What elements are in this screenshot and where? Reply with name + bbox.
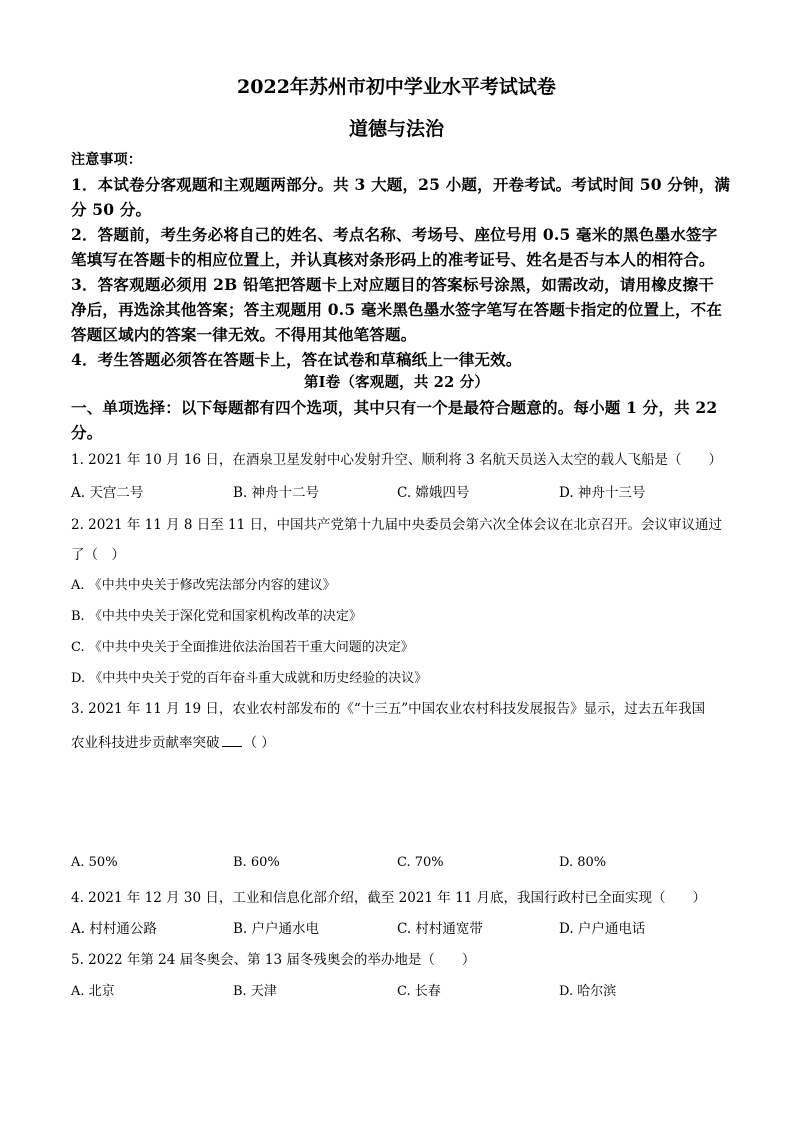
option-a: A. 《中共中央关于修改宪法部分内容的建议》 — [71, 574, 336, 593]
option-c: C. 嫦娥四号 — [397, 481, 469, 501]
option-b: B. 户户通水电 — [233, 917, 319, 937]
question-stem: 3. 2021 年 11 月 19 日，农业农村部发布的《“十三五”中国农业农村… — [71, 697, 705, 717]
option-d: D. 户户通电话 — [559, 917, 645, 937]
section-instruction: 一、单项选择：以下每题都有四个选项，其中只有一个是最符合题意的。每小题 1 分，… — [71, 396, 717, 418]
note-line: 分 50 分。 — [71, 198, 151, 220]
note-line: 净后，再选涂其他答案；答主观题用 0.5 毫米黑色墨水签字笔写在答题卡指定的位置… — [71, 298, 722, 320]
section-instruction-cont: 分。 — [71, 421, 102, 443]
question-stem-text: 农业科技进步贡献率突破 — [71, 735, 220, 751]
option-a: A. 50% — [71, 855, 118, 870]
option-c: C. 70% — [397, 855, 444, 870]
option-c: C. 村村通宽带 — [397, 917, 483, 937]
exam-title: 2022年苏州市初中学业水平考试试卷 — [0, 72, 793, 99]
option-c: C. 长春 — [397, 980, 441, 999]
option-d: D. 《中共中央关于党的百年奋斗重大成就和历史经验的决议》 — [71, 667, 427, 686]
option-b: B. 《中共中央关于深化党和国家机构改革的决定》 — [71, 605, 362, 624]
note-line: 2．答题前，考生务必将自己的姓名、考点名称、考场号、座位号用 0.5 毫米的黑色… — [71, 223, 717, 245]
notes-heading: 注意事项： — [71, 149, 142, 169]
option-a: A. 村村通公路 — [71, 917, 157, 937]
exam-page: 2022年苏州市初中学业水平考试试卷 道德与法治 注意事项： 1．本试卷分客观题… — [0, 0, 793, 1122]
section-title: 第Ⅰ卷（客观题，共 22 分） — [0, 371, 793, 392]
option-d: D. 80% — [559, 855, 606, 870]
question-stem: 2. 2021 年 11 月 8 日至 11 日，中国共产党第十九届中央委员会第… — [71, 513, 722, 533]
question-stem-cont: 农业科技进步贡献率突破（ ） — [71, 731, 275, 751]
question-stem: 1. 2021 年 10 月 16 日，在酒泉卫星发射中心发射升空、顺利将 3 … — [71, 448, 722, 468]
question-stem: 5. 2022 年第 24 届冬奥会、第 13 届冬残奥会的举办地是（ ） — [71, 948, 475, 968]
option-b: B. 天津 — [233, 980, 277, 999]
option-b: B. 神舟十二号 — [233, 481, 319, 501]
option-a: A. 天宫二号 — [71, 481, 143, 501]
note-line: 1．本试卷分客观题和主观题两部分。共 3 大题，25 小题，开卷考试。考试时间 … — [71, 173, 730, 195]
option-d: D. 哈尔滨 — [559, 980, 616, 999]
answer-blank — [222, 734, 242, 747]
option-d: D. 神舟十三号 — [559, 481, 645, 501]
question-stem: 4. 2021 年 12 月 30 日，工业和信息化部介绍，截至 2021 年 … — [71, 886, 706, 906]
exam-subject: 道德与法治 — [0, 114, 793, 141]
option-b: B. 60% — [233, 855, 280, 870]
question-stem-cont: 了（ ） — [71, 543, 125, 563]
note-line: 答题区域内的答案一律无效。不得用其他笔答题。 — [71, 323, 416, 345]
option-c: C. 《中共中央关于全面推进依法治国若干重大问题的决定》 — [71, 636, 414, 655]
note-line: 笔填写在答题卡的相应位置上，并认真核对条形码上的准考证号、姓名是否与本人的相符合… — [71, 248, 715, 270]
note-line: 3．答客观题必须用 2B 铅笔把答题卡上对应题目的答案标号涂黑，如需改动，请用橡… — [71, 273, 714, 295]
note-line: 4．考生答题必须答在答题卡上，答在试卷和草稿纸上一律无效。 — [71, 348, 522, 370]
answer-paren: （ ） — [244, 735, 275, 751]
option-a: A. 北京 — [71, 980, 115, 999]
